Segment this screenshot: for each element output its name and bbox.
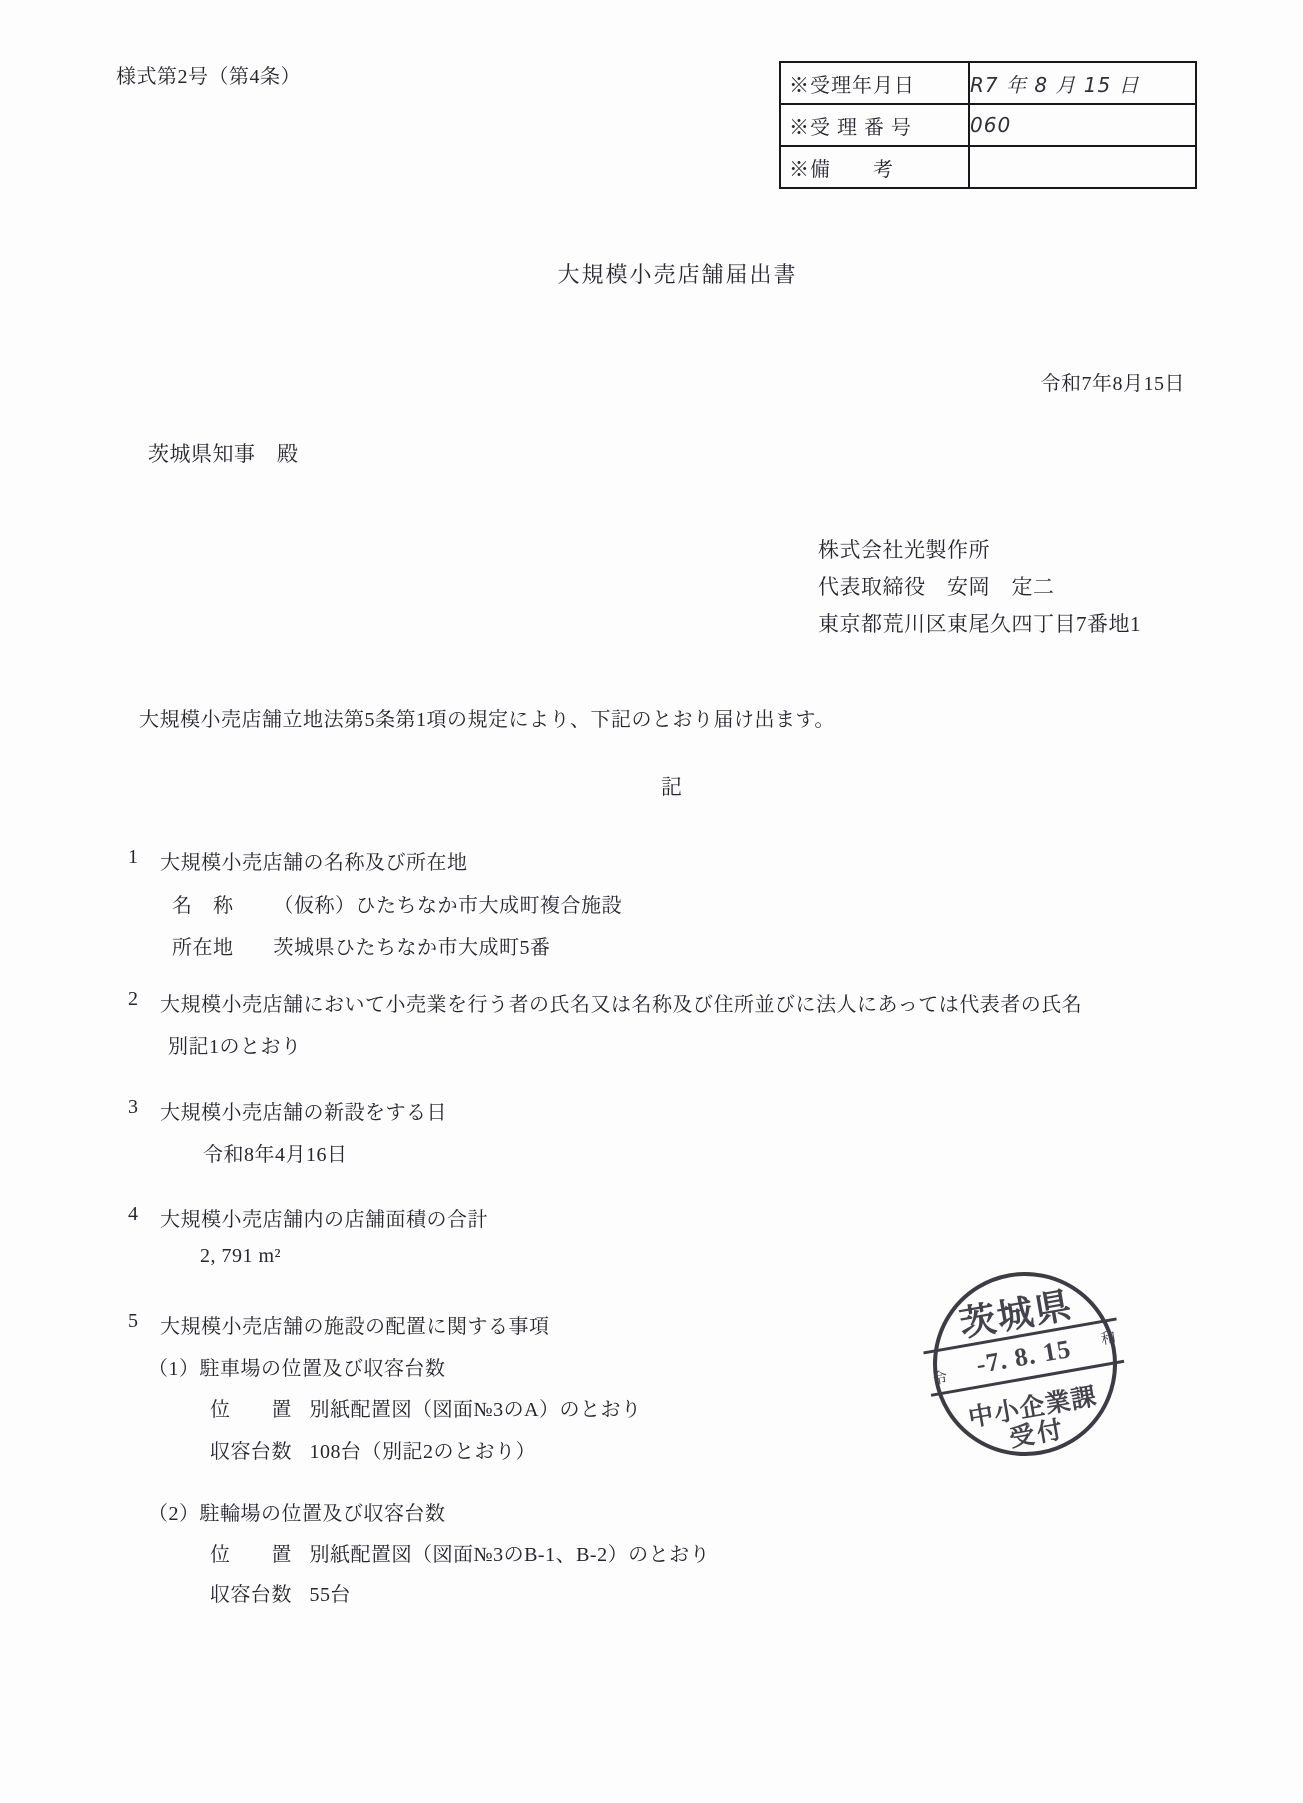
capacity-label: 収容台数 xyxy=(210,1435,304,1464)
body-text: 大規模小売店舗立地法第5条第1項の規定により、下記のとおり届け出ます。 xyxy=(139,703,835,732)
remarks-label: ※備 考 xyxy=(780,146,969,188)
position-label: 位 置 xyxy=(210,1393,304,1422)
bicycle-capacity-line: 収容台数 55台 xyxy=(210,1578,351,1607)
capacity-value: 55台 xyxy=(310,1584,352,1606)
item2-number: 2 xyxy=(128,988,138,1011)
parking-position-line: 位 置 別紙配置図（図面№3のA）のとおり xyxy=(210,1393,642,1422)
item5-number: 5 xyxy=(128,1310,138,1333)
item5-heading: 大規模小売店舗の施設の配置に関する事項 xyxy=(160,1310,550,1339)
stamp-era-suffix: 和 xyxy=(1099,1326,1117,1349)
item3-heading: 大規模小売店舗の新設をする日 xyxy=(160,1096,447,1125)
item2-heading: 大規模小売店舗において小売業を行う者の氏名又は名称及び住所並びに法人にあっては代… xyxy=(160,988,1200,1017)
submitter-representative: 代表取締役 安岡 定二 xyxy=(818,569,1141,606)
document-date: 令和7年8月15日 xyxy=(1041,367,1186,396)
item1-name-line: 名 称 （仮称）ひたちなか市大成町複合施設 xyxy=(172,889,622,918)
name-label: 名 称 xyxy=(172,889,268,918)
submitter-company: 株式会社光製作所 xyxy=(818,532,1141,569)
reception-date-value: R7 年 8 月 15 日 xyxy=(969,62,1196,104)
location-label: 所在地 xyxy=(172,931,268,960)
item3-number: 3 xyxy=(128,1096,138,1119)
table-row: ※備 考 xyxy=(780,146,1196,188)
position-value: 別紙配置図（図面№3のB-1、B-2）のとおり xyxy=(310,1544,711,1566)
item5-sub1-heading: （1）駐車場の位置及び収容台数 xyxy=(148,1352,446,1381)
capacity-label: 収容台数 xyxy=(210,1578,304,1607)
item4-number: 4 xyxy=(128,1203,138,1226)
item3-value: 令和8年4月16日 xyxy=(203,1138,348,1167)
item4-heading: 大規模小売店舗内の店舗面積の合計 xyxy=(160,1203,488,1232)
notification-document-page: 様式第2号（第4条） ※受理年月日 R7 年 8 月 15 日 ※受 理 番 号… xyxy=(0,0,1303,1803)
position-value: 別紙配置図（図面№3のA）のとおり xyxy=(310,1399,642,1421)
reception-table: ※受理年月日 R7 年 8 月 15 日 ※受 理 番 号 060 ※備 考 xyxy=(779,61,1197,189)
submitter-address: 東京都荒川区東尾久四丁目7番地1 xyxy=(818,606,1141,643)
reception-number-label: ※受 理 番 号 xyxy=(780,104,969,146)
name-value: （仮称）ひたちなか市大成町複合施設 xyxy=(274,895,623,917)
reception-date-label: ※受理年月日 xyxy=(780,62,969,104)
table-row: ※受 理 番 号 060 xyxy=(780,104,1196,146)
stamp-date: -7. 8. 15 xyxy=(974,1334,1073,1380)
location-value: 茨城県ひたちなか市大成町5番 xyxy=(274,937,551,959)
reception-stamp: 茨城県 令 -7. 8. 15 和 中小企業課 受付 xyxy=(918,1257,1131,1470)
submitter-block: 株式会社光製作所 代表取締役 安岡 定二 東京都荒川区東尾久四丁目7番地1 xyxy=(818,532,1141,643)
ki-marker: 記 xyxy=(20,771,1303,801)
stamp-era-prefix: 令 xyxy=(930,1365,948,1388)
page-title: 大規模小売店舗届出書 xyxy=(26,258,1303,289)
remarks-value xyxy=(969,146,1196,188)
table-row: ※受理年月日 R7 年 8 月 15 日 xyxy=(780,62,1196,104)
item2-value: 別記1のとおり xyxy=(168,1030,302,1059)
item5-sub2-heading: （2）駐輪場の位置及び収容台数 xyxy=(148,1497,446,1526)
form-code: 様式第2号（第4条） xyxy=(116,60,301,89)
addressee: 茨城県知事 殿 xyxy=(148,438,299,468)
item1-location-line: 所在地 茨城県ひたちなか市大成町5番 xyxy=(172,931,551,960)
item1-number: 1 xyxy=(128,846,138,869)
position-label: 位 置 xyxy=(210,1538,304,1567)
reception-number-value: 060 xyxy=(969,104,1196,146)
parking-capacity-line: 収容台数 108台（別記2のとおり） xyxy=(210,1435,536,1464)
item1-heading: 大規模小売店舗の名称及び所在地 xyxy=(160,846,468,875)
bicycle-position-line: 位 置 別紙配置図（図面№3のB-1、B-2）のとおり xyxy=(210,1538,710,1567)
capacity-value: 108台（別記2のとおり） xyxy=(310,1441,537,1463)
item4-value: 2, 791 m² xyxy=(200,1245,281,1268)
